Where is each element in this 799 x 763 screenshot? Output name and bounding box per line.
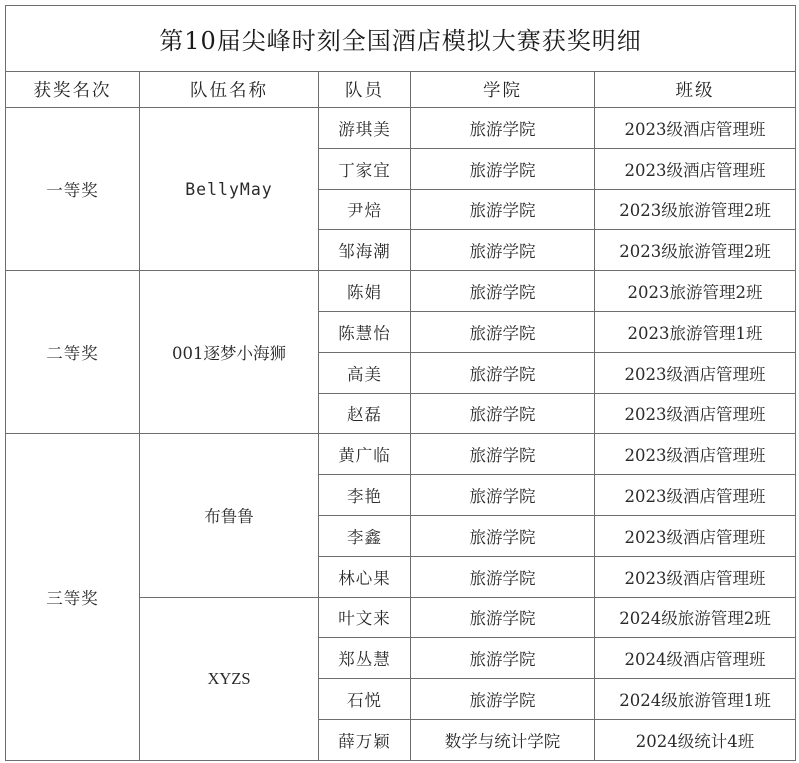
member-college: 数学与统计学院 xyxy=(411,719,595,760)
member-college: 旅游学院 xyxy=(411,393,595,434)
header-college: 学院 xyxy=(411,72,595,108)
member-college: 旅游学院 xyxy=(411,597,595,638)
member-class: 2023级酒店管理班 xyxy=(595,393,796,434)
member-college: 旅游学院 xyxy=(411,475,595,516)
member-name: 薛万颖 xyxy=(319,719,411,760)
member-name: 丁家宜 xyxy=(319,148,411,189)
table-row: 一等奖 BellyMay 游琪美 旅游学院 2023级酒店管理班 xyxy=(6,108,796,149)
member-college: 旅游学院 xyxy=(411,189,595,230)
table-row: 三等奖 布鲁鲁 黄广临 旅游学院 2023级酒店管理班 xyxy=(6,434,796,475)
member-name: 高美 xyxy=(319,352,411,393)
member-name: 林心果 xyxy=(319,556,411,597)
member-name: 陈慧怡 xyxy=(319,311,411,352)
member-college: 旅游学院 xyxy=(411,515,595,556)
team-cell: XYZS xyxy=(140,597,319,760)
member-class: 2023级旅游管理2班 xyxy=(595,189,796,230)
member-class: 2023级酒店管理班 xyxy=(595,475,796,516)
member-name: 李艳 xyxy=(319,475,411,516)
table-title: 第10届尖峰时刻全国酒店模拟大赛获奖明细 xyxy=(6,6,796,72)
member-class: 2024级统计4班 xyxy=(595,719,796,760)
title-row: 第10届尖峰时刻全国酒店模拟大赛获奖明细 xyxy=(6,6,796,72)
member-name: 赵磊 xyxy=(319,393,411,434)
header-class: 班级 xyxy=(595,72,796,108)
member-class: 2023级酒店管理班 xyxy=(595,108,796,149)
member-college: 旅游学院 xyxy=(411,556,595,597)
member-class: 2023级旅游管理2班 xyxy=(595,230,796,271)
member-college: 旅游学院 xyxy=(411,679,595,720)
member-name: 邹海潮 xyxy=(319,230,411,271)
header-rank: 获奖名次 xyxy=(6,72,140,108)
member-college: 旅游学院 xyxy=(411,434,595,475)
team-cell: 001逐梦小海狮 xyxy=(140,271,319,434)
team-cell: 布鲁鲁 xyxy=(140,434,319,597)
member-name: 黄广临 xyxy=(319,434,411,475)
member-name: 郑丛慧 xyxy=(319,638,411,679)
member-college: 旅游学院 xyxy=(411,352,595,393)
rank-cell: 二等奖 xyxy=(6,271,140,434)
member-class: 2024级酒店管理班 xyxy=(595,638,796,679)
member-college: 旅游学院 xyxy=(411,108,595,149)
awards-table: 第10届尖峰时刻全国酒店模拟大赛获奖明细 获奖名次 队伍名称 队员 学院 班级 … xyxy=(5,5,796,761)
member-class: 2023级酒店管理班 xyxy=(595,434,796,475)
member-class: 2023级酒店管理班 xyxy=(595,352,796,393)
rank-cell: 三等奖 xyxy=(6,434,140,760)
member-name: 石悦 xyxy=(319,679,411,720)
rank-cell: 一等奖 xyxy=(6,108,140,271)
member-name: 叶文来 xyxy=(319,597,411,638)
member-name: 游琪美 xyxy=(319,108,411,149)
member-college: 旅游学院 xyxy=(411,230,595,271)
member-class: 2023级酒店管理班 xyxy=(595,515,796,556)
member-college: 旅游学院 xyxy=(411,148,595,189)
member-name: 陈娟 xyxy=(319,271,411,312)
member-class: 2024级旅游管理1班 xyxy=(595,679,796,720)
member-class: 2024级旅游管理2班 xyxy=(595,597,796,638)
member-college: 旅游学院 xyxy=(411,311,595,352)
member-college: 旅游学院 xyxy=(411,271,595,312)
header-team: 队伍名称 xyxy=(140,72,319,108)
team-cell: BellyMay xyxy=(140,108,319,271)
member-name: 李鑫 xyxy=(319,515,411,556)
member-class: 2023级酒店管理班 xyxy=(595,556,796,597)
member-class: 2023级酒店管理班 xyxy=(595,148,796,189)
header-row: 获奖名次 队伍名称 队员 学院 班级 xyxy=(6,72,796,108)
member-college: 旅游学院 xyxy=(411,638,595,679)
member-class: 2023旅游管理2班 xyxy=(595,271,796,312)
header-member: 队员 xyxy=(319,72,411,108)
table-row: 二等奖 001逐梦小海狮 陈娟 旅游学院 2023旅游管理2班 xyxy=(6,271,796,312)
member-name: 尹焙 xyxy=(319,189,411,230)
member-class: 2023旅游管理1班 xyxy=(595,311,796,352)
